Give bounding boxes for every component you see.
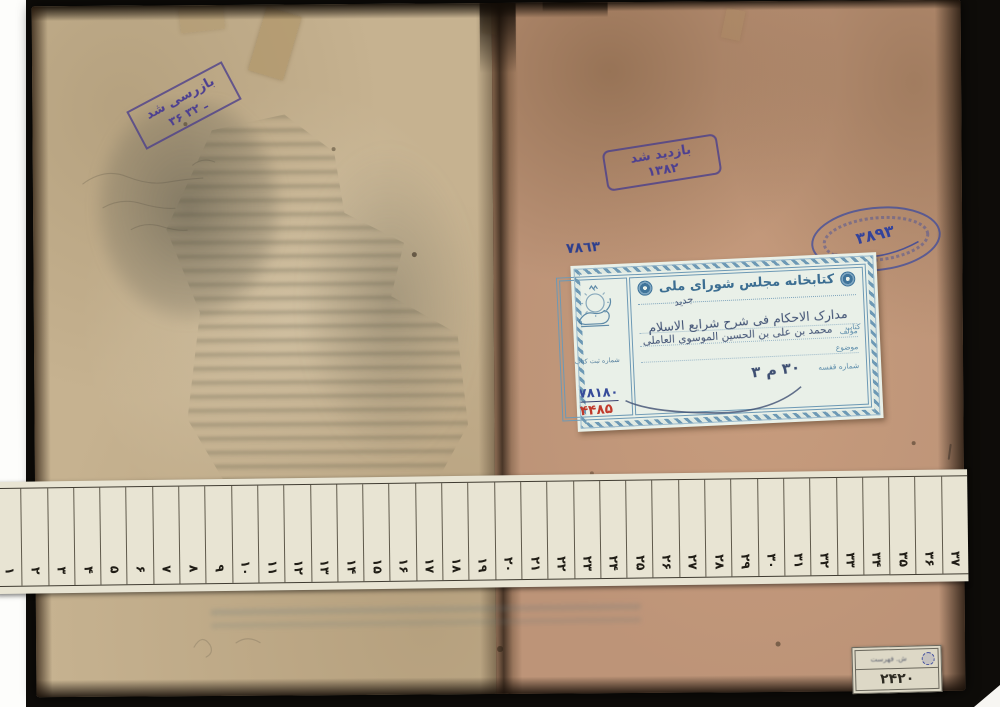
ruler-cell: ۴ [73,488,101,585]
ruler-cell: ۷ [152,487,180,584]
ruler-number: ۱۳ [318,559,331,574]
ruler-number: ۳ [55,566,68,574]
ruler-cell: ۲۱ [520,482,548,579]
ruler-number: ۲۲ [555,556,568,571]
measuring-ruler: ۱۲۳۴۵۶۷۸۹۱۰۱۱۱۲۱۳۱۴۱۵۱۶۱۷۱۸۱۹۲۰۲۱۲۲۲۳۲۴۲… [0,469,969,594]
ruler-cell: ۲۵ [625,480,653,577]
ruler-number: ۷ [160,565,173,573]
ruler-number: ۴ [82,566,95,574]
ruler-number: ۳۲ [818,552,831,567]
ruler-number: ۲۸ [713,554,726,569]
ruler-number: ۲۳ [581,555,594,570]
ruler-number: ۳۴ [870,552,883,567]
ruler-cell: ۳ [47,488,75,585]
ruler-cell: ۲۷ [678,480,706,577]
shelf-field-label: شماره قفسه [818,361,859,373]
ruler-cell: ۱۳ [310,485,338,582]
ruler-cell: ۳۵ [888,477,916,574]
ruler-cell: ۲۰ [494,482,522,579]
ruler-number: ۲۱ [528,556,541,571]
ruler-cell: ۲۸ [704,479,732,576]
rosette-icon [638,280,654,296]
ruler-number: ۲۰ [502,556,515,571]
lion-and-sun-emblem-icon [568,282,622,336]
rosette-icon [840,271,856,287]
ruler-cell: ۲۶ [652,480,680,577]
ruler-cell: ۶ [126,487,154,584]
ruler-number: ۳۵ [897,551,910,566]
ruler-cell: ۹ [205,486,233,583]
ruler-cell: ۲۹ [730,479,758,576]
ruler-number: ۱ [3,567,16,575]
book-gutter-shadow [476,3,523,694]
ruler-cell: ۲۴ [599,481,627,578]
ruler-number: ۶ [134,565,147,573]
ruler-cell: ۱۲ [283,485,311,582]
ruler-number: ۲۵ [634,555,647,570]
ruler-cell: ۳۳ [836,478,864,575]
registration-number-label: شماره ثبت کتاب [574,356,619,366]
pencil-scribbles [73,144,314,256]
ruler-number: ۲۶ [660,554,673,569]
bookplate-main-panel: کتابخانه مجلس شورای ملی جدید کتاب مدارک … [629,267,869,415]
ruler-number: ۱۷ [423,557,436,572]
ruler-number: ۳۳ [844,552,857,567]
handwritten-note: جدید [674,294,695,309]
paper-specks [32,6,34,8]
index-label-caption: ش. فهرست [859,654,919,664]
ruler-number: ۲۷ [686,554,699,569]
ruler-number: ۱۸ [450,557,463,572]
ruler-cell: ۱ [0,489,22,586]
book-right-edge-shadow [935,0,966,691]
ruler-number: ۵ [108,565,121,573]
ruler-cell: ۱۵ [362,484,390,581]
ruler-number: ۳۰ [765,553,778,568]
index-number-label: ش. فهرست ۲۴۲۰ [851,645,942,694]
ruler-cell: ۱۱ [257,485,285,582]
ruler-cell: ۲۳ [573,481,601,578]
ruler-cells: ۱۲۳۴۵۶۷۸۹۱۰۱۱۱۲۱۳۱۴۱۵۱۶۱۷۱۸۱۹۲۰۲۱۲۲۲۳۲۴۲… [0,475,968,587]
ruler-number: ۳۷ [949,550,962,565]
ruler-cell: ۲ [21,488,49,585]
ruler-cell: ۳۷ [941,476,969,573]
author-field-label: مؤلف [839,326,857,337]
subject-field-label: موضوع [836,342,859,353]
blue-ink-streaks [211,598,641,634]
ruler-cell: ۸ [178,486,206,583]
ruler-cell: ۱۰ [231,486,259,583]
ruler-cell: ۱۸ [441,483,469,580]
ruler-number: ۱۴ [344,558,357,573]
ruler-cell: ۱۷ [415,483,443,580]
seal-emblem-icon [922,652,935,665]
index-number: ۲۴۲۰ [856,668,938,690]
ruler-number: ۲۴ [607,555,620,570]
bookplate-decorative-border: کتابخانه مجلس شورای ملی جدید کتاب مدارک … [574,255,881,428]
handwritten-accession-number: ٧٨٦٣ [565,239,600,257]
ruler-number: ۸ [187,564,200,572]
ruler-cell: ۱۴ [336,484,364,581]
pen-swoosh [619,378,811,427]
photograph-of-manuscript: بازرسی شد ۳۶ ـ ۳۲ بازدید شد ۱۳۸۲ ۳۸۹۳ /*… [0,0,1000,707]
ruler-number: ۹ [213,564,226,572]
ruler-number: ۳۶ [923,551,936,566]
ruler-cell: ۳۱ [783,478,811,575]
ruler-cell: ۲۲ [546,481,574,578]
ruler-number: ۱۱ [266,559,279,574]
red-accession-number: ۴۴۸۵ [579,400,620,419]
ruler-number: ۲۹ [739,553,752,568]
ruler-number: ۳۱ [791,553,804,568]
ruler-cell: ۳۶ [915,477,943,574]
ruler-cell: ۱۶ [389,484,417,581]
ruler-number: ۲ [29,566,42,574]
ruler-number: ۱۶ [397,558,410,573]
ruler-number: ۱۰ [239,560,252,575]
ruler-cell: ۳۲ [809,478,837,575]
background-corner [974,685,1000,707]
ruler-number: ۱۲ [292,559,305,574]
oval-stamp-number: ۳۸۹۳ [854,221,897,248]
ruler-cell: ۳۴ [862,477,890,574]
ruler-cell: ۵ [99,487,127,584]
ruler-number: ۱۵ [371,558,384,573]
library-bookplate: کتابخانه مجلس شورای ملی جدید کتاب مدارک … [570,252,883,432]
ruler-cell: ۱۹ [468,482,496,579]
ruler-cell: ۳۰ [757,479,785,576]
ruler-number: ۱۹ [476,557,489,572]
